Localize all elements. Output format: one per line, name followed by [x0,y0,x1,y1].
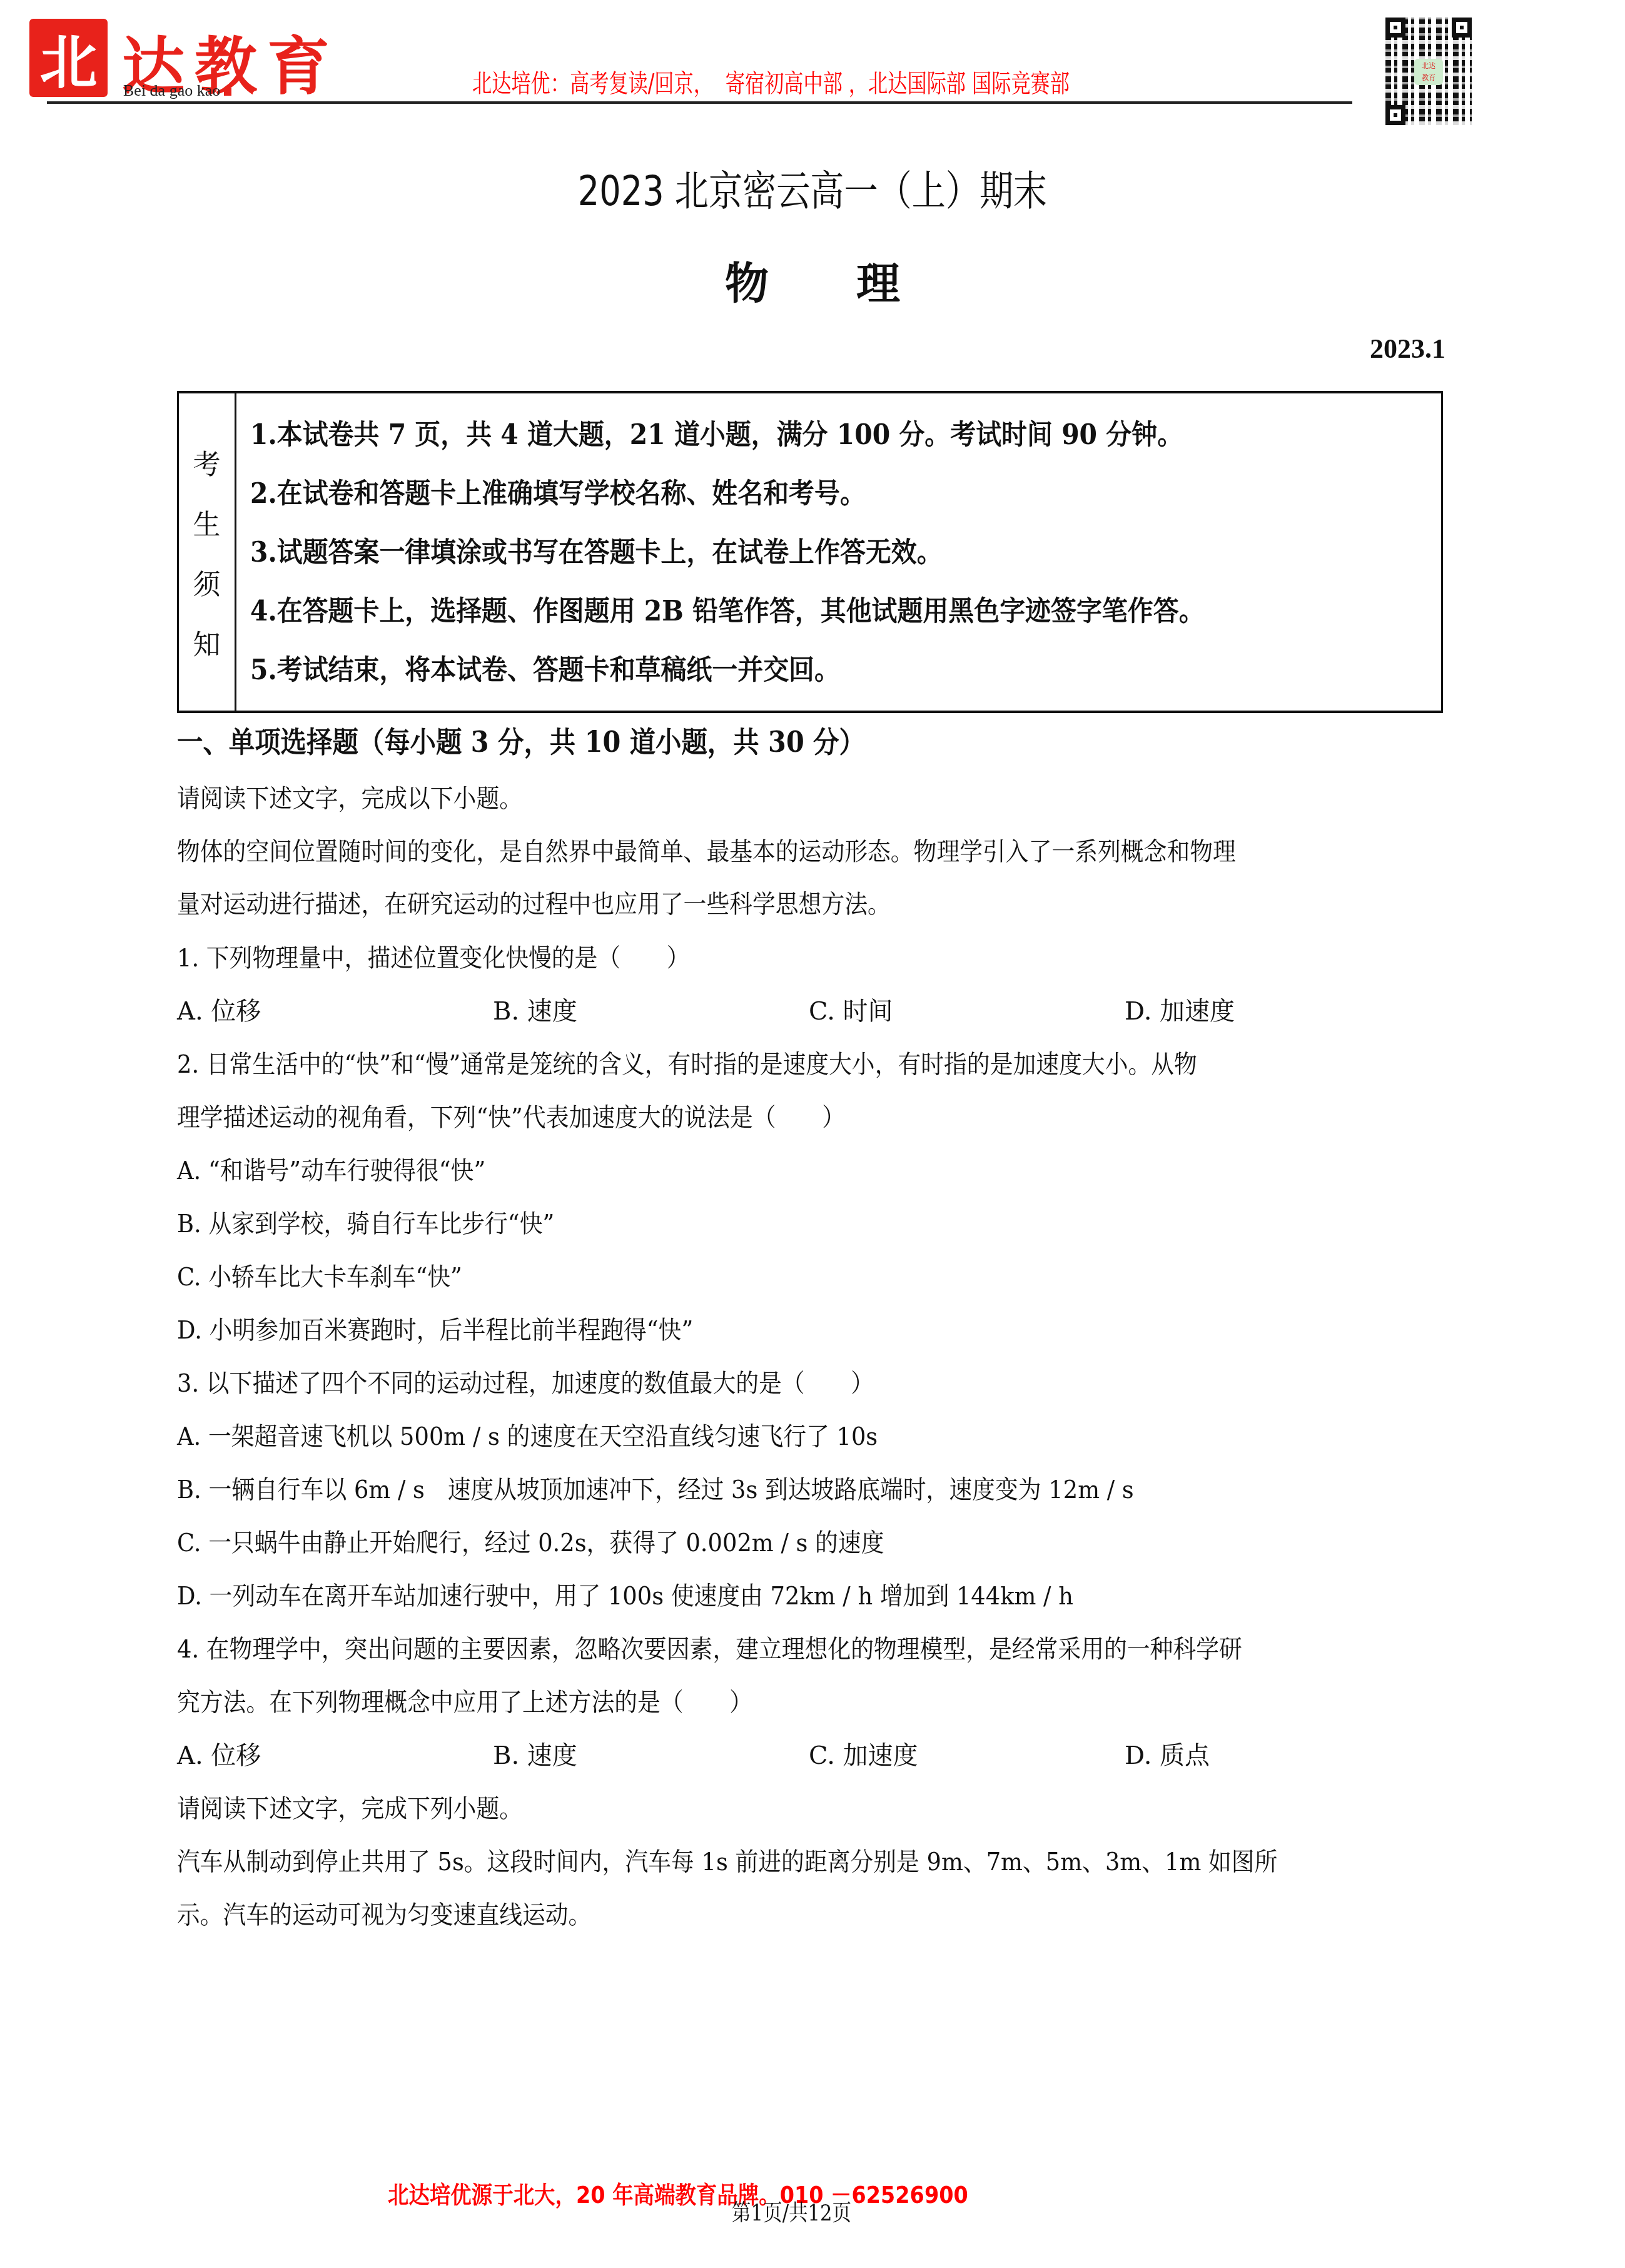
question-2-option-d: D. 小明参加百米赛跑时，后半程比前半程跑得“快” [177,1310,693,1346]
header-slogan: 北达培优：高考复读/回京， 寄宿初高中部 ，北达国际部 国际竞赛部 [472,64,1070,99]
reading-instruction: 请阅读下述文字，完成以下小题。 [177,779,522,814]
qr-finder-icon [1385,18,1405,38]
question-2-stem: 理学描述运动的视角看，下列“快”代表加速度大的说法是（ ） [177,1098,845,1133]
footer-advertisement: 北达培优源于北大，20 年高端教育品牌。010 －62526900 [388,2175,968,2210]
question-1-option-a: A. 位移 [177,991,261,1027]
question-4-option-b: B. 速度 [493,1736,577,1771]
question-2-option-b: B. 从家到学校，骑自行车比步行“快” [177,1204,554,1240]
question-4-option-c: C. 加速度 [809,1736,918,1771]
question-3-option-d: D. 一列动车在离开车站加速行驶中，用了 100s 使速度由 72km / h … [177,1576,1073,1612]
logo-seal-icon: 北 [29,19,108,97]
question-3-option-a: A. 一架超音速飞机以 500m / s 的速度在天空沿直线匀速飞行了 10s [177,1417,878,1452]
exam-subject: 物 理 [0,249,1625,312]
notice-item: 3.试题答案一律填涂或书写在答题卡上，在试卷上作答无效。 [250,524,1358,582]
question-4-stem: 4. 在物理学中，突出问题的主要因素，忽略次要因素，建立理想化的物理模型，是经常… [177,1629,1242,1665]
exam-date: 2023.1 [1370,333,1445,365]
question-3-option-c: C. 一只蜗牛由静止开始爬行，经过 0.2s，获得了 0.002m / s 的速… [177,1523,884,1559]
reading-instruction: 请阅读下述文字，完成下列小题。 [177,1789,522,1825]
notice-list: 1.本试卷共 7 页，共 4 道大题，21 道小题，满分 100 分。考试时间 … [236,393,1441,711]
qr-center-logo: 北达 教育 [1414,59,1443,85]
notice-item: 5.考试结束，将本试卷、答题卡和草稿纸一并交回。 [250,641,1358,700]
question-2-option-c: C. 小轿车比大卡车刹车“快” [177,1257,462,1293]
brand-logo: 北 达教育 Bei da gao kao [29,19,405,100]
notice-item: 2.在试卷和答题卡上准确填写学校名称、姓名和考号。 [250,465,1358,524]
qr-finder-icon [1452,18,1472,38]
notice-item: 4.在答题卡上，选择题、作图题用 2B 铅笔作答，其他试题用黑色字迹签字笔作答。 [250,582,1358,641]
passage-line: 量对运动进行描述，在研究运动的过程中也应用了一些科学思想方法。 [177,884,891,920]
passage-line: 汽车从制动到停止共用了 5s。这段时间内，汽车每 1s 前进的距离分别是 9m、… [177,1842,1277,1878]
logo-subtitle: Bei da gao kao [123,81,231,100]
question-1-option-c: C. 时间 [809,991,893,1027]
question-2-stem: 2. 日常生活中的“快”和“慢”通常是笼统的含义，有时指的是速度大小，有时指的是… [177,1045,1197,1080]
notice-label: 考 生 须 知 [179,393,236,711]
red-square-icon [224,88,231,96]
notice-label-char: 知 [193,622,221,662]
qr-center-text: 北达 [1414,60,1443,72]
section-heading: 一、单项选择题（每小题 3 分，共 10 道小题，共 30 分） [177,719,865,761]
question-4-stem: 究方法。在下列物理概念中应用了上述方法的是（ ） [177,1683,752,1718]
notice-label-char: 考 [193,442,221,482]
logo-subtitle-text: Bei da gao kao [123,81,220,99]
question-3-stem: 3. 以下描述了四个不同的运动过程，加速度的数值最大的是（ ） [177,1364,874,1399]
qr-center-text: 教育 [1414,72,1443,84]
question-3-option-b: B. 一辆自行车以 6m / s 速度从坡顶加速冲下，经过 3s 到达坡路底端时… [177,1470,1134,1506]
qr-finder-icon [1385,105,1405,125]
question-1-stem: 1. 下列物理量中，描述位置变化快慢的是（ ） [177,938,690,974]
question-4-option-d: D. 质点 [1125,1736,1210,1771]
notice-item: 1.本试卷共 7 页，共 4 道大题，21 道小题，满分 100 分。考试时间 … [250,406,1358,465]
passage-line: 物体的空间位置随时间的变化，是自然界中最简单、最基本的运动形态。物理学引入了一系… [177,832,1236,868]
notice-label-char: 生 [193,502,221,542]
question-1-option-b: B. 速度 [493,991,577,1027]
exam-notice-box: 考 生 须 知 1.本试卷共 7 页，共 4 道大题，21 道小题，满分 100… [177,391,1443,713]
question-1-option-d: D. 加速度 [1125,991,1235,1027]
page-number: 第1页/共12页 [732,2195,851,2227]
notice-label-char: 须 [193,562,221,602]
exam-title: 2023 北京密云高一（上）期末 [146,158,1479,217]
question-2-option-a: A. “和谐号”动车行驶得很“快” [177,1151,485,1187]
question-4-option-a: A. 位移 [177,1736,261,1771]
passage-line: 示。汽车的运动可视为匀变速直线运动。 [177,1895,591,1931]
qr-code-icon: 北达 教育 [1385,18,1472,125]
header-divider [47,101,1352,104]
